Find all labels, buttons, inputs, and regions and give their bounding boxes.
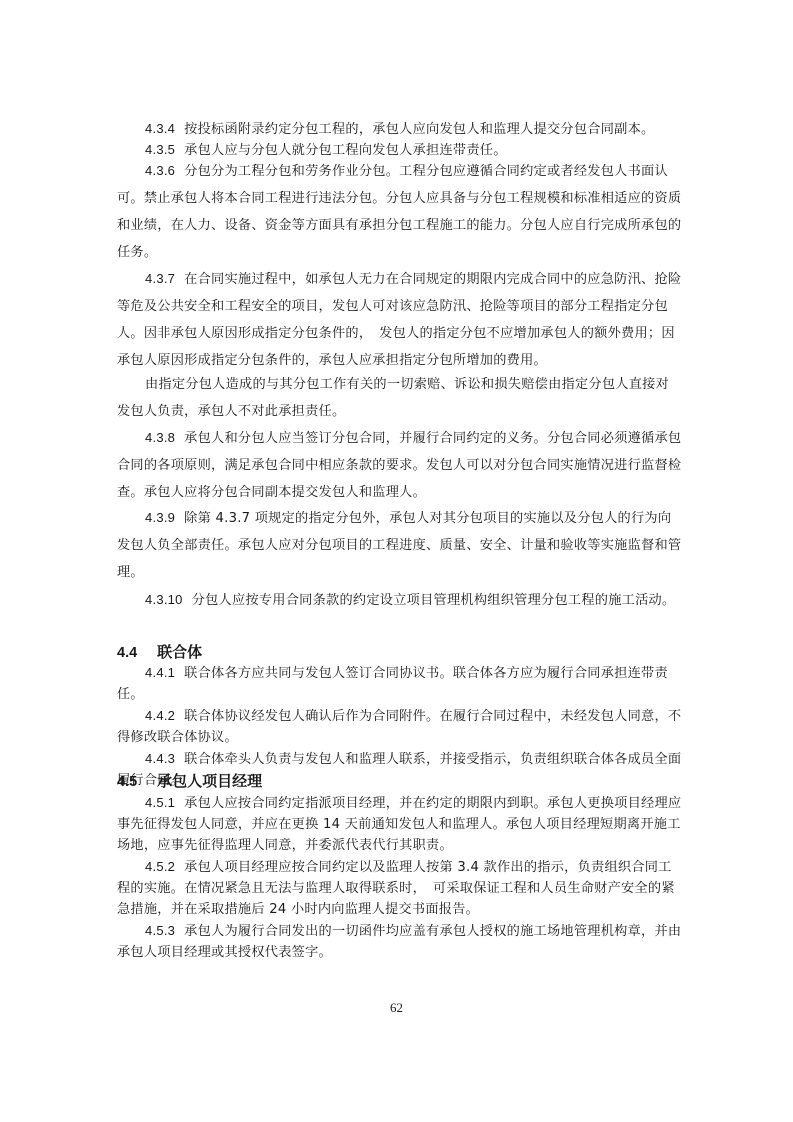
clause-number: 4.5.1: [145, 795, 175, 810]
clause-4-5-3: 4.5.3承包人为履行合同发出的一切函件均应盖有承包人授权的施工场地管理机构章，…: [117, 920, 682, 963]
clause-text: 承包人应与分包人就分包工程向发包人承担连带责任。: [184, 143, 507, 158]
clause-4-4-1: 4.4.1联合体各方应共同与发包人签订合同协议书。联合体各方应为履行合同承担连带…: [117, 662, 682, 705]
clause-text: 除第 4.3.7 项规定的指定分包外，承包人对其分包项目的实施以及分包人的行为向…: [117, 511, 681, 580]
clause-number: 4.3.7: [145, 271, 175, 286]
clause-text: 分包人应按专用合同条款的约定设立项目管理机构组织管理分包工程的施工活动。: [192, 593, 676, 608]
clause-number: 4.4.3: [145, 751, 175, 766]
section-title: 承包人项目经理: [157, 772, 262, 790]
clause-number: 4.3.8: [145, 430, 175, 445]
clause-number: 4.4.1: [145, 665, 175, 680]
clause-4-4-2: 4.4.2联合体协议经发包人确认后作为合同附件。在履行合同过程中，未经发包人同意…: [117, 705, 682, 748]
clause-number: 4.4.2: [145, 708, 175, 723]
clause-text: 在合同实施过程中，如承包人无力在合同规定的期限内完成合同中的应急防汛、抢险等危及…: [117, 272, 681, 368]
clause-4-3-4: 4.3.4按投标函附录约定分包工程的，承包人应向发包人和监理人提交分包合同副本。: [117, 118, 682, 140]
clause-text: 联合体协议经发包人确认后作为合同附件。在履行合同过程中，未经发包人同意，不得修改…: [117, 709, 681, 745]
clause-text: 分包分为工程分包和劳务作业分包。工程分包应遵循合同约定或者经发包人书面认可。禁止…: [117, 164, 681, 260]
clause-number: 4.3.10: [145, 592, 183, 607]
clause-text: 承包人应按合同约定指派项目经理，并在约定的期限内到职。承包人更换项目经理应事先征…: [117, 796, 681, 853]
clause-number: 4.3.9: [145, 510, 175, 525]
clause-number: 4.5.2: [145, 859, 175, 874]
section-heading-4-4: 4.4联合体: [117, 641, 202, 662]
section-number: 4.5: [117, 774, 137, 790]
clause-4-3-7-paragraph-2: 由指定分包人造成的与其分包工作有关的一切索赔、诉讼和损失赔偿由指定分包人直接对发…: [117, 371, 682, 425]
clause-text: 联合体各方应共同与发包人签订合同协议书。联合体各方应为履行合同承担连带责任。: [117, 666, 668, 702]
clause-4-3-10: 4.3.10分包人应按专用合同条款的约定设立项目管理机构组织管理分包工程的施工活…: [117, 583, 682, 618]
document-page: 4.3.4按投标函附录约定分包工程的，承包人应向发包人和监理人提交分包合同副本。…: [0, 0, 793, 1122]
clause-number: 4.3.6: [145, 163, 175, 178]
clause-4-5-1: 4.5.1承包人应按合同约定指派项目经理，并在约定的期限内到职。承包人更换项目经…: [117, 792, 682, 856]
clause-text: 由指定分包人造成的与其分包工作有关的一切索赔、诉讼和损失赔偿由指定分包人直接对发…: [117, 377, 669, 419]
clause-number: 4.5.3: [145, 923, 175, 938]
clause-4-3-6: 4.3.6分包分为工程分包和劳务作业分包。工程分包应遵循合同约定或者经发包人书面…: [117, 157, 682, 266]
clause-4-3-8: 4.3.8承包人和分包人应当签订分包合同，并履行合同约定的义务。分包合同必须遵循…: [117, 424, 682, 506]
section-number: 4.4: [117, 645, 137, 661]
page-number: 62: [0, 1000, 793, 1016]
section-title: 联合体: [157, 643, 202, 661]
clause-text: 按投标函附录约定分包工程的，承包人应向发包人和监理人提交分包合同副本。: [184, 122, 654, 137]
clause-number: 4.3.4: [145, 121, 175, 136]
clause-4-5-2: 4.5.2承包人项目经理应按合同约定以及监理人按第 3.4 款作出的指示，负责组…: [117, 856, 682, 920]
clause-text: 承包人和分包人应当签订分包合同，并履行合同约定的义务。分包合同必须遵循承包合同的…: [117, 431, 681, 500]
clause-4-3-7: 4.3.7在合同实施过程中，如承包人无力在合同规定的期限内完成合同中的应急防汛、…: [117, 265, 682, 374]
clause-4-3-9: 4.3.9除第 4.3.7 项规定的指定分包外，承包人对其分包项目的实施以及分包…: [117, 504, 682, 586]
clause-text: 承包人为履行合同发出的一切函件均应盖有承包人授权的施工场地管理机构章，并由承包人…: [117, 924, 681, 960]
clause-text: 承包人项目经理应按合同约定以及监理人按第 3.4 款作出的指示，负责组织合同工程…: [117, 860, 675, 917]
section-heading-4-5: 4.5承包人项目经理: [117, 770, 262, 791]
clause-number: 4.3.5: [145, 142, 175, 157]
